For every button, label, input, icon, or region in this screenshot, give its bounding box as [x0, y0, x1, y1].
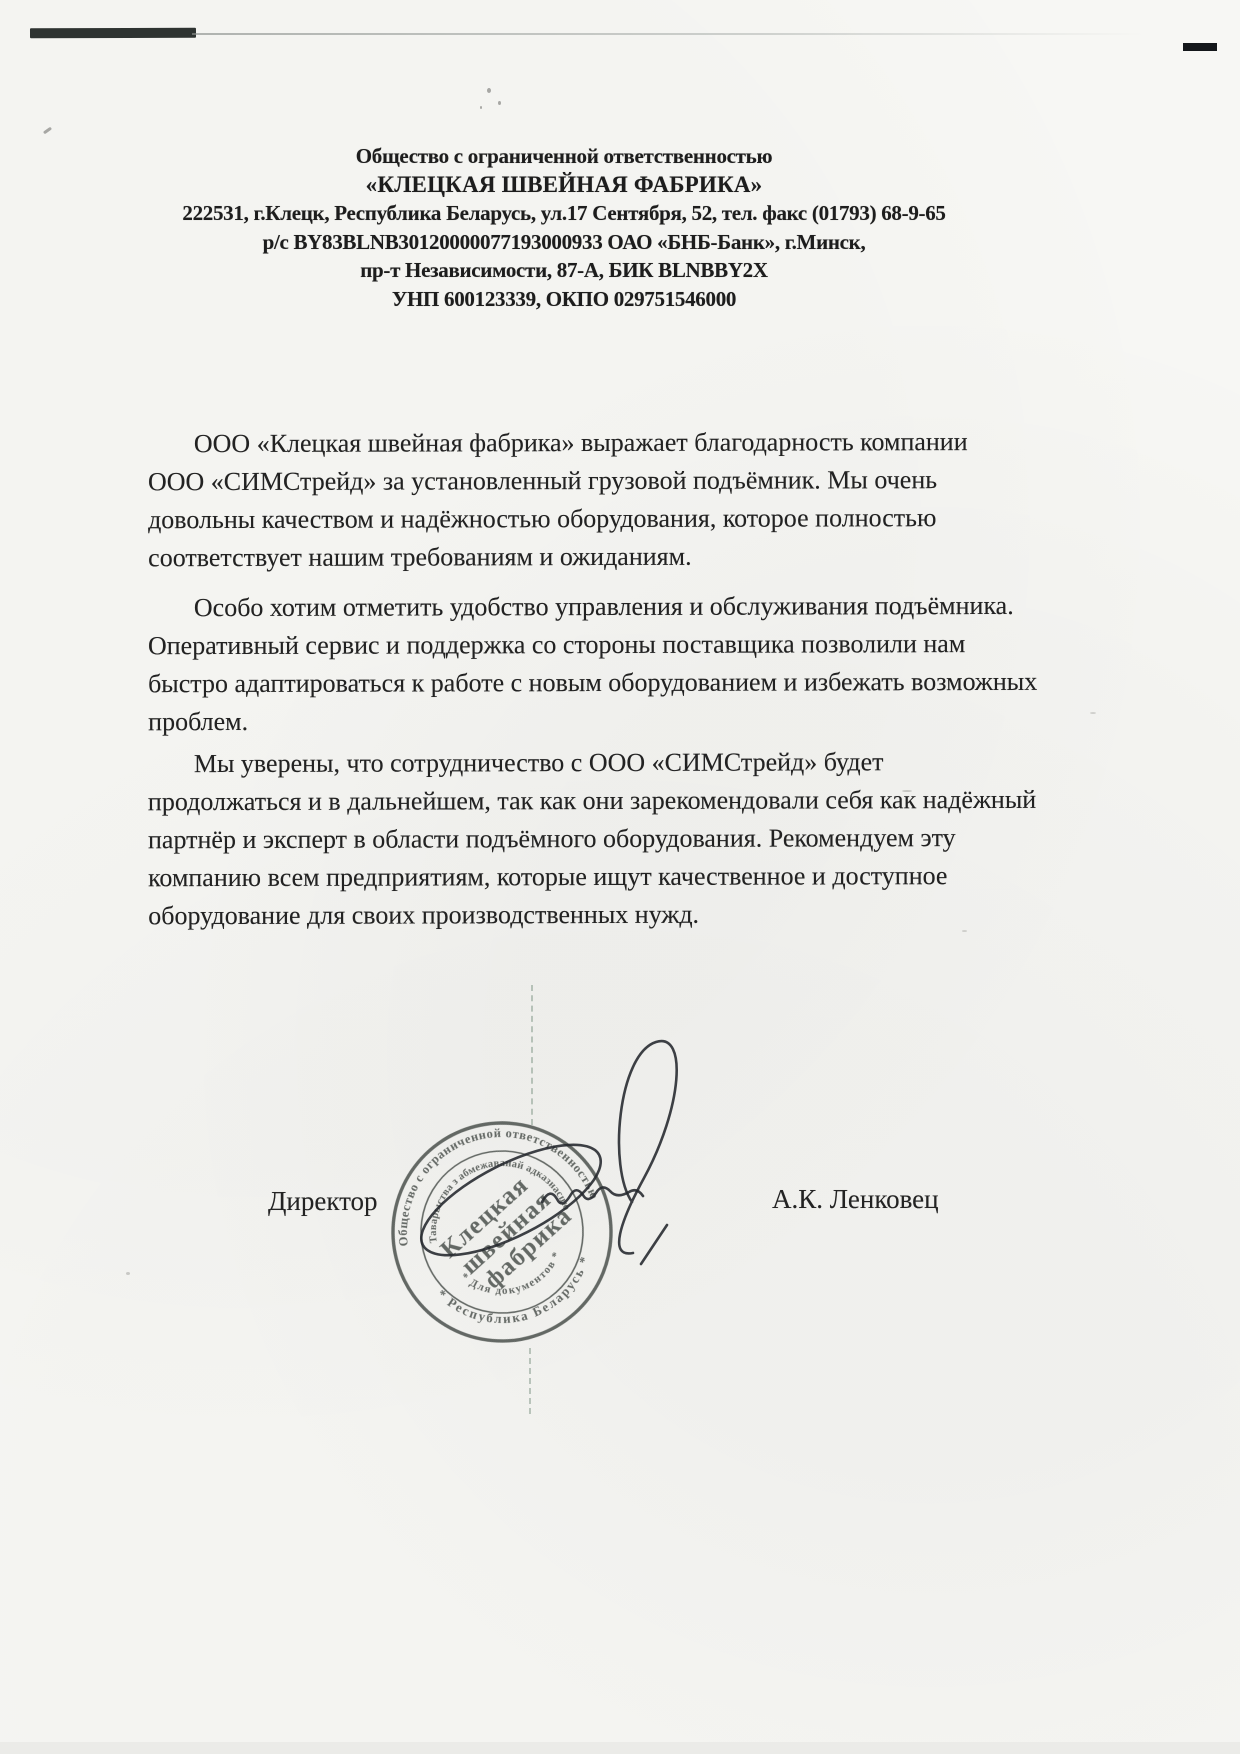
scan-speck [487, 88, 491, 93]
paragraph-gratitude: ООО «Клецкая швейная фабрика» выражает б… [148, 423, 1060, 577]
scan-artifact-bar [30, 28, 196, 39]
scanned-letter-page: Общество с ограниченной ответственностью… [0, 0, 1240, 1754]
director-signature-ink [370, 1010, 760, 1310]
body-line: партнёр и эксперт в области подъёмного о… [148, 819, 1060, 859]
body-line: довольны качеством и надёжностью оборудо… [148, 499, 1060, 539]
scan-artifact-dashed-line [529, 1348, 531, 1414]
body-line: Особо хотим отметить удобство управления… [148, 587, 1060, 627]
paragraph-service: Особо хотим отметить удобство управления… [148, 587, 1060, 741]
signature-slash-stroke [641, 1225, 667, 1264]
letterhead-company-form: Общество с ограниченной ответственностью [64, 142, 1064, 171]
scan-speck [480, 106, 482, 109]
signature-role-label: Директор [268, 1186, 378, 1217]
body-line: Мы уверены, что сотрудничество с ООО «СИ… [148, 743, 1060, 783]
paragraph-recommendation: Мы уверены, что сотрудничество с ООО «СИ… [148, 743, 1060, 935]
scan-speck [498, 101, 501, 105]
body-line: ООО «Клецкая швейная фабрика» выражает б… [148, 423, 1060, 463]
signature-oval-stroke [406, 1123, 615, 1277]
scan-speck [1090, 712, 1096, 714]
letterhead-address: 222531, г.Клецк, Республика Беларусь, ул… [64, 199, 1064, 228]
letterhead-bank-account: р/с BY83BLNB30120000077193000933 ОАО «БН… [64, 228, 1064, 257]
body-line: проблем. [148, 701, 1060, 741]
letterhead-bank-address: пр-т Независимости, 87-А, БИК BLNBBY2X [64, 256, 1064, 285]
body-line: оборудование для своих производственных … [148, 895, 1060, 935]
scan-speck [43, 127, 52, 135]
body-line: Оперативный сервис и поддержка со сторон… [148, 625, 1060, 665]
signature-loop-stroke [619, 1041, 677, 1253]
body-line: быстро адаптироваться к работе с новым о… [148, 663, 1060, 703]
scan-artifact-mark [1183, 43, 1217, 51]
scan-edge-shadow [0, 1742, 1240, 1754]
body-line: компанию всем предприятиям, которые ищут… [148, 857, 1060, 897]
body-line: продолжаться и в дальнейшем, так как они… [148, 781, 1060, 821]
body-line: ООО «СИМСтрейд» за установленный грузово… [148, 461, 1060, 501]
signature-person-name: А.К. Ленковец [772, 1184, 939, 1215]
body-line: соответствует нашим требованиям и ожидан… [148, 537, 1060, 577]
scan-artifact-line [192, 33, 1144, 35]
letterhead-registration-numbers: УНП 600123339, ОКПО 029751546000 [64, 285, 1064, 314]
scan-speck [126, 1272, 130, 1275]
letterhead: Общество с ограниченной ответственностью… [64, 142, 1064, 313]
letterhead-company-name: «КЛЕЦКАЯ ШВЕЙНАЯ ФАБРИКА» [64, 171, 1064, 200]
